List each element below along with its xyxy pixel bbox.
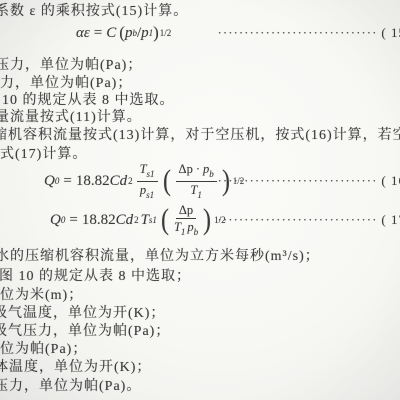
eq15-lhs: αε xyxy=(76,25,90,42)
eq16-q-sub: 0 xyxy=(55,176,60,186)
eq17-f-den-t: T xyxy=(174,220,181,234)
eq16-f2-num-p-sub: b xyxy=(209,169,214,179)
eq17-cd-exp: 2 xyxy=(134,215,139,225)
eq16-f2-num-dp: Δp xyxy=(179,162,193,176)
eq15-close-paren: ) xyxy=(153,23,159,43)
formula-15-body: αε = C ( pb / p1 ) 1/2 xyxy=(76,23,171,43)
eq17-f-den-t-sub: 1 xyxy=(181,227,186,237)
doc-line-5: 量流量按式(11)计算。 xyxy=(0,109,142,127)
eq17-coef: 18.82 xyxy=(82,212,116,229)
eq16-cd: Cd xyxy=(110,173,128,190)
doc-line-9: 图 10 的规定从表 8 中选取； xyxy=(0,268,191,286)
eq17-equals: = xyxy=(69,212,77,229)
eq16-cd-exp: 2 xyxy=(128,176,133,186)
eq17-q-sub: 0 xyxy=(61,215,66,225)
doc-line-13: 位为帕(Pa)； xyxy=(0,341,87,359)
eq16-number: ( 16 xyxy=(381,173,400,189)
doc-line-3: 力，单位为帕(Pa)； xyxy=(0,75,132,93)
eq17-f-num: Δp xyxy=(179,203,193,217)
eq16-f2-dot: · xyxy=(196,162,200,176)
doc-line-10: 位为米(m)； xyxy=(0,287,83,305)
doc-line-14: 体温度，单位为开(K)； xyxy=(0,359,151,377)
eq17-number: ( 17 xyxy=(381,212,400,228)
doc-line-12: 吸气压力，单位为帕(Pa)； xyxy=(0,323,170,341)
eq15-dots: ······························ xyxy=(218,25,378,41)
eq16-open-paren: ( xyxy=(163,168,171,194)
eq15-leader: ······························ ( 15 xyxy=(218,25,400,41)
eq16-q: Q xyxy=(44,173,55,190)
scanned-document-page: 系数 ε 的乘积按式(15)计算。 αε = C ( pb / p1 ) 1/2… xyxy=(0,0,400,400)
doc-line-6: 缩机容积流量按式(13)计算，对于空压机，按式(16)计算，若空压机吸气压力 xyxy=(0,127,400,145)
eq15-var-p1: p xyxy=(141,25,149,42)
formula-15: αε = C ( pb / p1 ) 1/2 ·················… xyxy=(0,22,400,44)
eq17-close-paren: ) xyxy=(203,207,211,233)
eq17-dots: ······························ xyxy=(218,212,378,228)
document-text-layer: 系数 ε 的乘积按式(15)计算。 αε = C ( pb / p1 ) 1/2… xyxy=(0,0,400,400)
doc-line-4: 10 的规定从表 8 中选取。 xyxy=(2,92,175,110)
eq16-leader: ······························ ( 16 xyxy=(218,173,400,189)
eq17-open-paren: ( xyxy=(161,207,169,233)
eq16-f1-num: T xyxy=(140,162,147,176)
doc-line-2: 压力，单位为帕(Pa)； xyxy=(0,57,142,75)
eq16-fraction-dp-pb-t1: Δp·pb T1 xyxy=(176,162,217,200)
doc-line-11: 吸气温度，单位为开(K)； xyxy=(0,305,165,323)
eq17-cd: Cd xyxy=(116,212,134,229)
eq16-f1-num-sub: s1 xyxy=(147,169,155,179)
eq15-exponent: 1/2 xyxy=(160,28,172,38)
eq17-t: T xyxy=(141,212,149,229)
eq16-fraction-ts1-ps1: Ts1 ps1 xyxy=(137,162,158,200)
doc-line-15: 压力，单位为帕(Pa)。 xyxy=(0,378,141,396)
eq17-fraction-dp-t1pb: Δp T1pb xyxy=(174,203,198,238)
formula-16: Q0 = 18.82 Cd2 Ts1 ps1 ( Δp·pb T1 ) 1/2 … xyxy=(0,161,400,201)
eq16-f1-den-sub: s1 xyxy=(146,190,154,200)
eq17-q: Q xyxy=(50,212,61,229)
eq15-number: ( 15 xyxy=(381,25,400,41)
doc-line-8: 水的压缩机容积流量，单位为立方米每秒(m³/s)； xyxy=(0,248,320,266)
doc-line-1: 系数 ε 的乘积按式(15)计算。 xyxy=(0,3,188,21)
formula-16-body: Q0 = 18.82 Cd2 Ts1 ps1 ( Δp·pb T1 ) 1/2 xyxy=(44,162,244,200)
eq16-coef: 18.82 xyxy=(76,173,110,190)
eq15-coefficient: C xyxy=(106,25,116,42)
eq16-equals: = xyxy=(63,173,71,190)
eq16-f2-den-sub: 1 xyxy=(197,190,202,200)
eq17-f-den-p-sub: b xyxy=(194,227,199,237)
formula-17-body: Q0 = 18.82 Cd2 Ts1 ( Δp T1pb ) 1/2 xyxy=(50,203,226,238)
eq15-equals: = xyxy=(94,25,102,42)
eq17-leader: ······························ ( 17 xyxy=(218,212,400,228)
eq17-t-sub: s1 xyxy=(149,215,157,225)
eq16-dots: ······························ xyxy=(218,173,378,189)
formula-17: Q0 = 18.82 Cd2 Ts1 ( Δp T1pb ) 1/2 ·····… xyxy=(0,201,400,239)
